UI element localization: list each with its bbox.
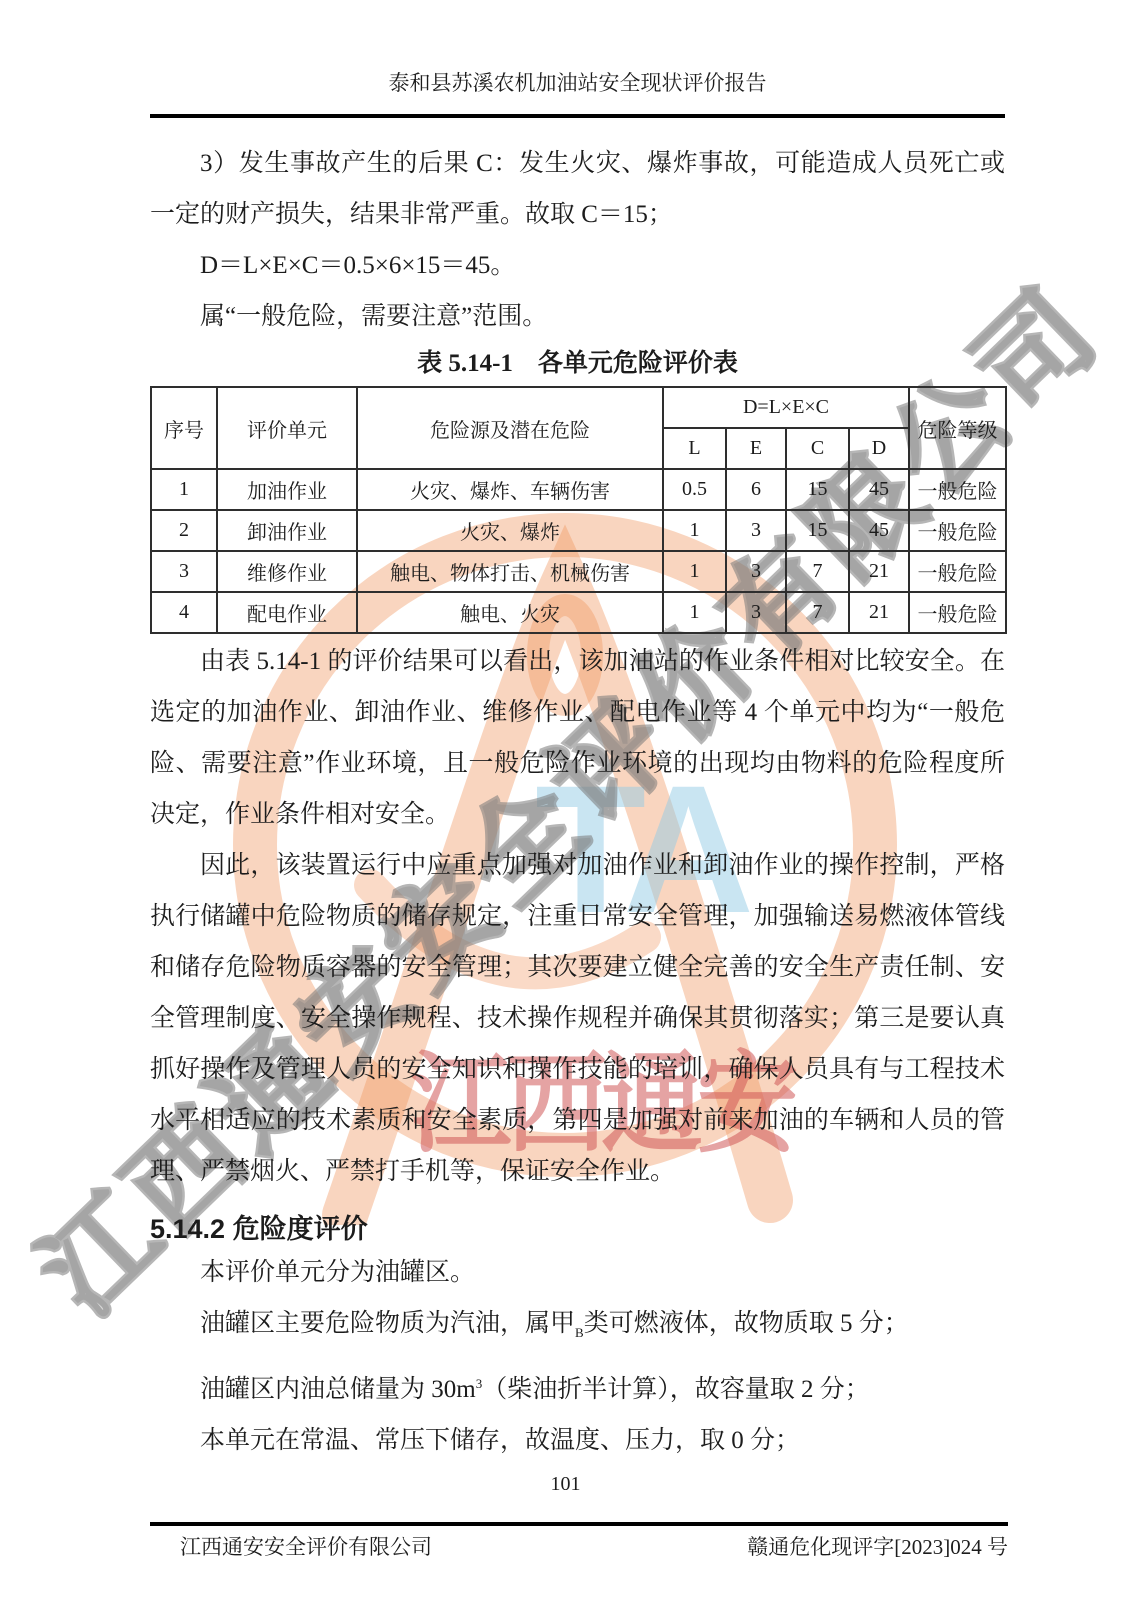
cell-e: 6 — [726, 469, 786, 510]
cell-seq: 1 — [151, 469, 217, 510]
paragraph-capacity-score: 油罐区内油总储量为 30m3（柴油折半计算），故容量取 2 分； — [150, 1358, 1005, 1415]
cell-hazard: 火灾、爆炸 — [357, 510, 663, 551]
cell-c: 15 — [786, 469, 849, 510]
footer-company-name: 江西通安安全评价有限公司 — [150, 1532, 432, 1562]
subscript-b: B — [575, 1325, 584, 1340]
material-score-text-rest: 类可燃液体，故物质取 5 分； — [584, 1310, 909, 1337]
cell-l: 0.5 — [663, 469, 726, 510]
page-header-title: 泰和县苏溪农机加油站安全现状评价报告 — [150, 0, 1005, 118]
cell-unit: 加油作业 — [217, 469, 357, 510]
cell-level: 一般危险 — [909, 551, 1006, 592]
cell-level: 一般危险 — [909, 592, 1006, 633]
cell-d: 45 — [849, 469, 909, 510]
cell-c: 7 — [786, 551, 849, 592]
table-title: 表 5.14-1 各单元危险评价表 — [150, 342, 1005, 386]
cell-d: 45 — [849, 510, 909, 551]
cell-l: 1 — [663, 551, 726, 592]
paragraph-after-table: 由表 5.14-1 的评价结果可以看出，该加油站的作业条件相对比较安全。在选定的… — [150, 636, 1005, 840]
cell-seq: 2 — [151, 510, 217, 551]
capacity-score-text-rest: （柴油折半计算），故容量取 2 分； — [482, 1376, 870, 1403]
unit-risk-evaluation-table: 序号 评价单元 危险源及潜在危险 D=L×E×C 危险等级 L E C D 1 … — [150, 386, 1007, 634]
footer-document-number: 赣通危化现评字[2023]024 号 — [747, 1532, 1008, 1562]
cell-level: 一般危险 — [909, 510, 1006, 551]
header-hazard: 危险源及潜在危险 — [357, 387, 663, 469]
header-e: E — [726, 428, 786, 469]
cell-hazard: 火灾、爆炸、车辆伤害 — [357, 469, 663, 510]
cell-seq: 4 — [151, 592, 217, 633]
cell-l: 1 — [663, 592, 726, 633]
paragraph-unit-division: 本评价单元分为油罐区。 — [150, 1247, 1005, 1298]
paragraph-therefore: 因此，该装置运行中应重点加强对加油作业和卸油作业的操作控制，严格执行储罐中危险物… — [150, 840, 1005, 1197]
cell-unit: 维修作业 — [217, 551, 357, 592]
table-row: 3 维修作业 触电、物体打击、机械伤害 1 3 7 21 一般危险 — [151, 551, 1006, 592]
header-unit: 评价单元 — [217, 387, 357, 469]
cell-unit: 卸油作业 — [217, 510, 357, 551]
cell-d: 21 — [849, 551, 909, 592]
header-c: C — [786, 428, 849, 469]
cell-level: 一般危险 — [909, 469, 1006, 510]
table-header-row-1: 序号 评价单元 危险源及潜在危险 D=L×E×C 危险等级 — [151, 387, 1006, 428]
header-level: 危险等级 — [909, 387, 1006, 469]
cell-hazard: 触电、火灾 — [357, 592, 663, 633]
header-formula: D=L×E×C — [663, 387, 909, 428]
table-row: 1 加油作业 火灾、爆炸、车辆伤害 0.5 6 15 45 一般危险 — [151, 469, 1006, 510]
document-page: TA 江西通安安全评价有限公司 江西通安 泰和县苏溪农机加油站安全现状评价报告 … — [0, 0, 1131, 1600]
cell-d: 21 — [849, 592, 909, 633]
cell-seq: 3 — [151, 551, 217, 592]
cell-c: 7 — [786, 592, 849, 633]
page-footer: 江西通安安全评价有限公司 赣通危化现评字[2023]024 号 — [150, 1532, 1008, 1562]
table-row: 4 配电作业 触电、火灾 1 3 7 21 一般危险 — [151, 592, 1006, 633]
cell-e: 3 — [726, 510, 786, 551]
capacity-score-text: 油罐区内油总储量为 30m — [200, 1376, 476, 1403]
cell-l: 1 — [663, 510, 726, 551]
footer-rule — [150, 1522, 1008, 1526]
header-seq: 序号 — [151, 387, 217, 469]
header-l: L — [663, 428, 726, 469]
paragraph-material-score: 油罐区主要危险物质为汽油，属甲B类可燃液体，故物质取 5 分； — [150, 1298, 1005, 1358]
paragraph-formula: D＝L×E×C＝0.5×6×15＝45。 — [150, 240, 1005, 291]
cell-unit: 配电作业 — [217, 592, 357, 633]
cell-e: 3 — [726, 551, 786, 592]
material-score-text: 油罐区主要危险物质为汽油，属甲 — [200, 1310, 575, 1337]
table-row: 2 卸油作业 火灾、爆炸 1 3 15 45 一般危险 — [151, 510, 1006, 551]
cell-c: 15 — [786, 510, 849, 551]
cell-e: 3 — [726, 592, 786, 633]
cell-hazard: 触电、物体打击、机械伤害 — [357, 551, 663, 592]
page-number: 101 — [0, 1472, 1131, 1496]
paragraph-temperature-score: 本单元在常温、常压下储存，故温度、压力，取 0 分； — [150, 1415, 1005, 1466]
paragraph-range: 属“一般危险，需要注意”范围。 — [150, 291, 1005, 342]
section-heading: 5.14.2 危险度评价 — [150, 1211, 1005, 1247]
header-d: D — [849, 428, 909, 469]
paragraph-consequence: 3）发生事故产生的后果 C：发生火灾、爆炸事故，可能造成人员死亡或一定的财产损失… — [150, 138, 1005, 240]
page-content: 泰和县苏溪农机加油站安全现状评价报告 3）发生事故产生的后果 C：发生火灾、爆炸… — [0, 0, 1131, 1466]
